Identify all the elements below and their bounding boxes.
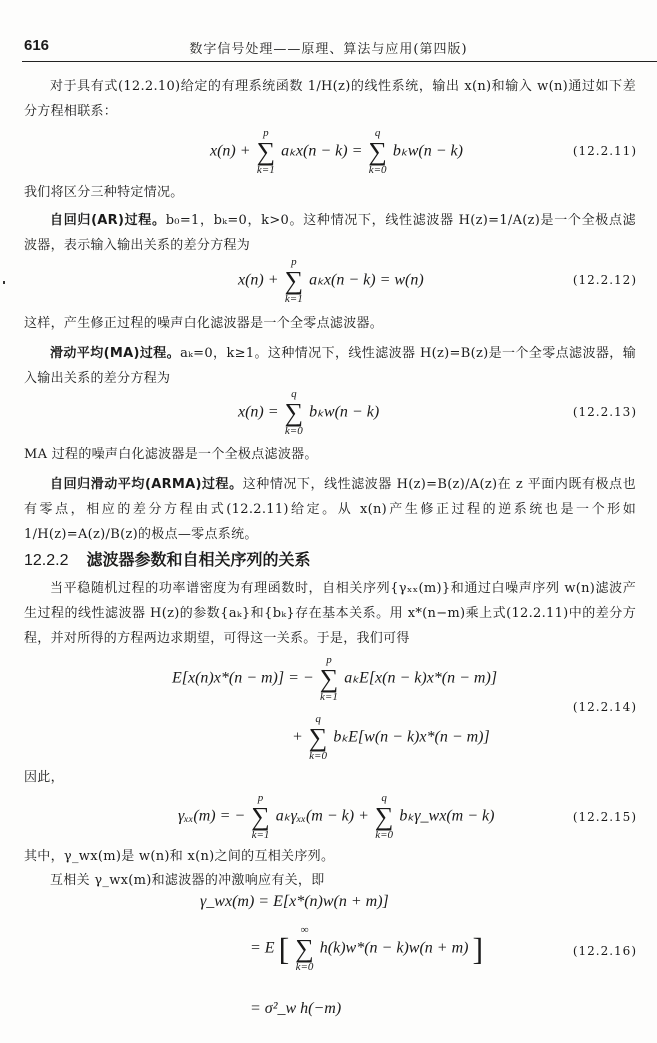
arma-paragraph: 自回归滑动平均(ARMA)过程。这种情况下，线性滤波器 H(z)=B(z)/A(… xyxy=(24,472,636,547)
equation-12-2-14-line2: + q∑k=0 bₖE[w(n − k)x*(n − m)] xyxy=(292,714,490,762)
ma-conclusion: MA 过程的噪声白化滤波器是一个全极点滤波器。 xyxy=(24,442,636,467)
ma-paragraph: 滑动平均(MA)过程。aₖ=0，k≥1。这种情况下，线性滤波器 H(z)=B(z… xyxy=(24,341,636,391)
ar-conclusion: 这样，产生修正过程的噪声白化滤波器是一个全零点滤波器。 xyxy=(24,311,636,336)
intro-paragraph: 对于具有式(12.2.10)给定的有理系统函数 1/H(z)的线性系统，输出 x… xyxy=(24,74,636,124)
equation-12-2-15: γₓₓ(m) = − p∑k=1 aₖγₓₓ(m − k) + q∑k=0 bₖ… xyxy=(178,793,494,841)
ar-paragraph: 自回归(AR)过程。b₀=1，bₖ=0，k>0。这种情况下，线性滤波器 H(z)… xyxy=(24,208,636,258)
summation-symbol: q∑k=0 xyxy=(309,714,328,762)
equation-12-2-16-line1: γ_wx(m) = E[x*(n)w(n + m)] xyxy=(200,893,389,911)
ma-heading: 滑动平均(MA)过程。 xyxy=(50,346,180,361)
eq-term: aₖx(n − k) = w(n) xyxy=(309,272,424,289)
eq-term: γₓₓ(m) = − xyxy=(178,808,245,825)
running-title: 数字信号处理——原理、算法与应用(第四版) xyxy=(0,38,657,57)
summation-symbol: q∑k=0 xyxy=(368,128,387,176)
section-heading: 12.2.2滤波器参数和自相关序列的关系 xyxy=(24,547,311,570)
therefore-text: 因此， xyxy=(24,765,636,790)
bracket-open: [ xyxy=(279,931,290,967)
scan-mark xyxy=(3,281,5,284)
arma-heading: 自回归滑动平均(ARMA)过程。 xyxy=(50,477,243,492)
eq-term: x(n) = xyxy=(238,404,279,421)
equation-number: (12.2.15) xyxy=(573,810,637,824)
summation-symbol: p∑k=1 xyxy=(257,128,276,176)
eq-term: aₖx(n − k) = xyxy=(281,143,362,160)
header-rule xyxy=(22,61,657,62)
equation-number: (12.2.14) xyxy=(573,700,637,714)
equation-12-2-16-line2: = E [ ∞∑k=0 h(k)w*(n − k)w(n + m) ] xyxy=(250,925,483,973)
eq-term: x(n) + xyxy=(210,143,251,160)
eq-term: = E xyxy=(250,940,275,957)
eq-term: bₖγ_wx(m − k) xyxy=(399,808,494,825)
summation-symbol: p∑k=1 xyxy=(251,793,270,841)
eq-term: h(k)w*(n − k)w(n + m) xyxy=(320,940,469,957)
equation-12-2-13: x(n) = q∑k=0 bₖw(n − k) xyxy=(238,389,379,437)
equation-number: (12.2.11) xyxy=(573,144,637,158)
summation-symbol: ∞∑k=0 xyxy=(295,925,314,973)
cases-intro: 我们将区分三种特定情况。 xyxy=(24,180,636,205)
equation-number: (12.2.16) xyxy=(573,944,637,958)
summation-symbol: q∑k=0 xyxy=(285,389,304,437)
bracket-close: ] xyxy=(472,931,483,967)
equation-12-2-16-line3: = σ²_w h(−m) xyxy=(250,1000,341,1018)
section-paragraph: 当平稳随机过程的功率谱密度为有理函数时，自相关序列{γₓₓ(m)}和通过白噪声序… xyxy=(24,576,636,651)
equation-12-2-12: x(n) + p∑k=1 aₖx(n − k) = w(n) xyxy=(238,257,424,305)
summation-symbol: p∑k=1 xyxy=(320,655,339,703)
equation-number: (12.2.12) xyxy=(573,273,637,287)
eq-term: bₖE[w(n − k)x*(n − m)] xyxy=(333,729,489,746)
eq-term: bₖw(n − k) xyxy=(309,404,379,421)
summation-symbol: p∑k=1 xyxy=(285,257,304,305)
section-number: 12.2.2 xyxy=(24,552,68,569)
section-title: 滤波器参数和自相关序列的关系 xyxy=(86,550,310,569)
eq-term: aₖE[x(n − k)x*(n − m)] xyxy=(344,670,497,687)
equation-12-2-11: x(n) + p∑k=1 aₖx(n − k) = q∑k=0 bₖw(n − … xyxy=(210,128,463,176)
eq-term: x(n) + xyxy=(238,272,279,289)
summation-symbol: q∑k=0 xyxy=(375,793,394,841)
eq-term: bₖw(n − k) xyxy=(393,143,463,160)
eq-term: aₖγₓₓ(m − k) + xyxy=(276,808,369,825)
eq-term: E[x(n)x*(n − m)] = − xyxy=(172,670,314,687)
where-text: 其中，γ_wx(m)是 w(n)和 x(n)之间的互相关序列。 xyxy=(24,844,636,869)
eq-term: + xyxy=(292,729,303,746)
cross-correlation-text: 互相关 γ_wx(m)和滤波器的冲激响应有关，即 xyxy=(24,868,636,893)
equation-12-2-14-line1: E[x(n)x*(n − m)] = − p∑k=1 aₖE[x(n − k)x… xyxy=(172,655,497,703)
equation-number: (12.2.13) xyxy=(573,405,637,419)
ar-heading: 自回归(AR)过程。 xyxy=(50,213,166,228)
